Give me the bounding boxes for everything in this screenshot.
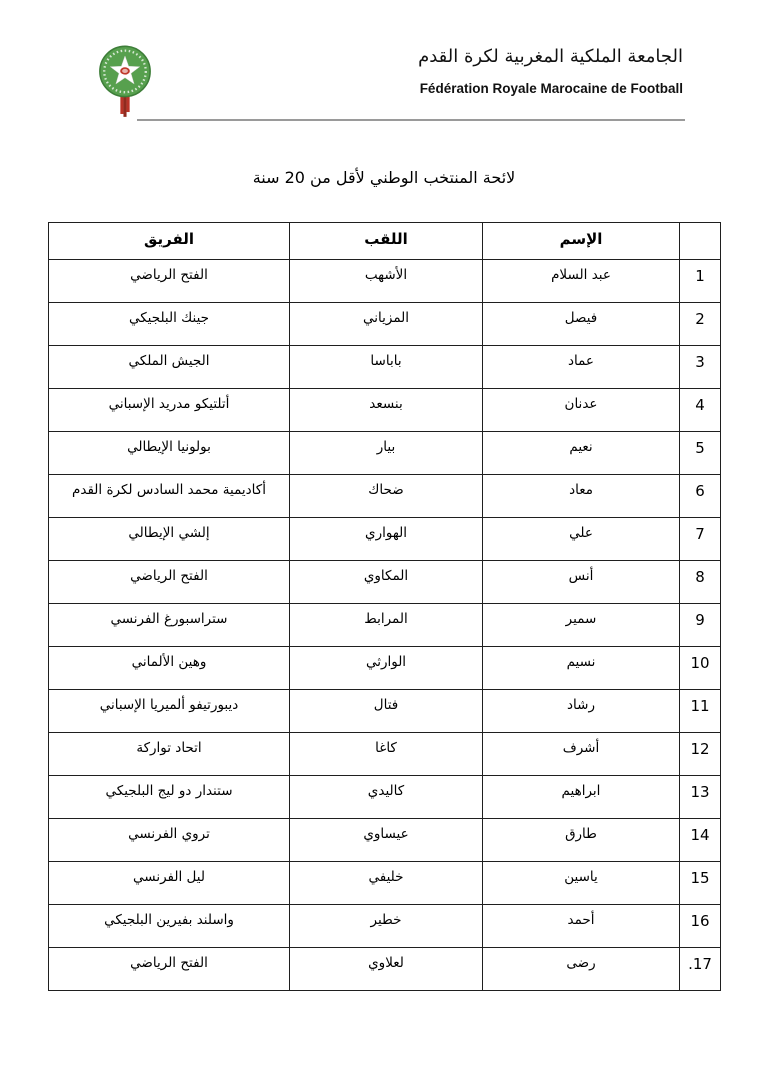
player-team-cell: اتحاد تواركة [49, 733, 290, 776]
row-number-cell: 2 [680, 303, 721, 346]
table-row: 11رشادفتالديبورتيفو ألميريا الإسباني [49, 690, 721, 733]
number-column-header [680, 223, 721, 260]
letterhead: الجامعة الملكية المغربية لكرة القدم Fédé… [418, 44, 683, 96]
player-surname-cell: ضحاك [290, 475, 483, 518]
player-name-cell: ابراهيم [483, 776, 680, 819]
player-team-cell: وهين الألماني [49, 647, 290, 690]
org-title-french: Fédération Royale Marocaine de Football [418, 81, 683, 96]
table-row: 6معادضحاكأكاديمية محمد السادس لكرة القدم [49, 475, 721, 518]
player-team-cell: ليل الفرنسي [49, 862, 290, 905]
table-row: 14طارقعيساويتروي الفرنسي [49, 819, 721, 862]
player-surname-cell: بيار [290, 432, 483, 475]
row-number-cell: 16 [680, 905, 721, 948]
player-surname-cell: عيساوي [290, 819, 483, 862]
org-title-arabic: الجامعة الملكية المغربية لكرة القدم [418, 44, 683, 69]
player-surname-cell: لعلاوي [290, 948, 483, 991]
player-name-cell: رضى [483, 948, 680, 991]
player-team-cell: جينك البلجيكي [49, 303, 290, 346]
player-surname-cell: الأشهب [290, 260, 483, 303]
player-name-cell: طارق [483, 819, 680, 862]
document-page: الجامعة الملكية المغربية لكرة القدم Fédé… [0, 0, 768, 1086]
player-team-cell: أتلتيكو مدريد الإسباني [49, 389, 290, 432]
row-number-cell: 3 [680, 346, 721, 389]
player-name-cell: أحمد [483, 905, 680, 948]
row-number-cell: 5 [680, 432, 721, 475]
players-table-body: 1عبد السلامالأشهبالفتح الرياضي2فيصلالمزي… [49, 260, 721, 991]
table-row: 13ابراهيمكاليديستندار دو ليج البلجيكي [49, 776, 721, 819]
row-number-cell: 4 [680, 389, 721, 432]
player-name-cell: عدنان [483, 389, 680, 432]
row-number-cell: 10 [680, 647, 721, 690]
table-row: 9سميرالمرابطستراسبورغ الفرنسي [49, 604, 721, 647]
player-surname-cell: كاليدي [290, 776, 483, 819]
player-name-cell: سمير [483, 604, 680, 647]
row-number-cell: 1 [680, 260, 721, 303]
table-row: 2فيصلالمزيانيجينك البلجيكي [49, 303, 721, 346]
header-divider [137, 119, 685, 121]
table-row: 3عمادباباساالجيش الملكي [49, 346, 721, 389]
table-row: 16أحمدخطيرواسلند بفيرين البلجيكي [49, 905, 721, 948]
table-row: 12أشرفكاغااتحاد تواركة [49, 733, 721, 776]
player-surname-cell: خطير [290, 905, 483, 948]
surname-column-header: اللقب [290, 223, 483, 260]
player-team-cell: واسلند بفيرين البلجيكي [49, 905, 290, 948]
row-number-cell: 13 [680, 776, 721, 819]
row-number-cell: 11 [680, 690, 721, 733]
players-table: الإسم اللقب الفريق 1عبد السلامالأشهبالفت… [48, 222, 721, 991]
player-team-cell: الفتح الرياضي [49, 260, 290, 303]
player-surname-cell: المزياني [290, 303, 483, 346]
player-name-cell: عبد السلام [483, 260, 680, 303]
player-team-cell: إلشي الإيطالي [49, 518, 290, 561]
player-team-cell: أكاديمية محمد السادس لكرة القدم [49, 475, 290, 518]
player-team-cell: ستراسبورغ الفرنسي [49, 604, 290, 647]
row-number-cell: .17 [680, 948, 721, 991]
row-number-cell: 7 [680, 518, 721, 561]
player-surname-cell: فتال [290, 690, 483, 733]
player-surname-cell: الهواري [290, 518, 483, 561]
player-surname-cell: كاغا [290, 733, 483, 776]
player-name-cell: نعيم [483, 432, 680, 475]
table-row: 7عليالهواريإلشي الإيطالي [49, 518, 721, 561]
row-number-cell: 8 [680, 561, 721, 604]
name-column-header: الإسم [483, 223, 680, 260]
player-name-cell: رشاد [483, 690, 680, 733]
player-surname-cell: الوارثي [290, 647, 483, 690]
player-surname-cell: خليفي [290, 862, 483, 905]
player-team-cell: ديبورتيفو ألميريا الإسباني [49, 690, 290, 733]
table-row: 10نسيمالوارثيوهين الألماني [49, 647, 721, 690]
player-name-cell: فيصل [483, 303, 680, 346]
row-number-cell: 6 [680, 475, 721, 518]
frmf-crest-icon [96, 44, 154, 124]
player-surname-cell: المكاوي [290, 561, 483, 604]
table-row: 1عبد السلامالأشهبالفتح الرياضي [49, 260, 721, 303]
player-name-cell: أشرف [483, 733, 680, 776]
table-row: 15ياسينخليفيليل الفرنسي [49, 862, 721, 905]
team-column-header: الفريق [49, 223, 290, 260]
player-team-cell: تروي الفرنسي [49, 819, 290, 862]
player-team-cell: الفتح الرياضي [49, 948, 290, 991]
row-number-cell: 12 [680, 733, 721, 776]
player-surname-cell: بنسعد [290, 389, 483, 432]
player-team-cell: بولونيا الإيطالي [49, 432, 290, 475]
table-row: 8أنسالمكاويالفتح الرياضي [49, 561, 721, 604]
player-team-cell: الفتح الرياضي [49, 561, 290, 604]
row-number-cell: 9 [680, 604, 721, 647]
table-row: 5نعيمبياربولونيا الإيطالي [49, 432, 721, 475]
table-row: 4عدنانبنسعدأتلتيكو مدريد الإسباني [49, 389, 721, 432]
player-name-cell: عماد [483, 346, 680, 389]
row-number-cell: 14 [680, 819, 721, 862]
page-title: لائحة المنتخب الوطني لأقل من 20 سنة [0, 168, 768, 187]
table-header-row: الإسم اللقب الفريق [49, 223, 721, 260]
player-name-cell: معاد [483, 475, 680, 518]
table-row: .17رضىلعلاويالفتح الرياضي [49, 948, 721, 991]
player-name-cell: علي [483, 518, 680, 561]
player-surname-cell: المرابط [290, 604, 483, 647]
player-team-cell: ستندار دو ليج البلجيكي [49, 776, 290, 819]
player-team-cell: الجيش الملكي [49, 346, 290, 389]
player-name-cell: ياسين [483, 862, 680, 905]
player-surname-cell: باباسا [290, 346, 483, 389]
row-number-cell: 15 [680, 862, 721, 905]
player-name-cell: نسيم [483, 647, 680, 690]
player-name-cell: أنس [483, 561, 680, 604]
